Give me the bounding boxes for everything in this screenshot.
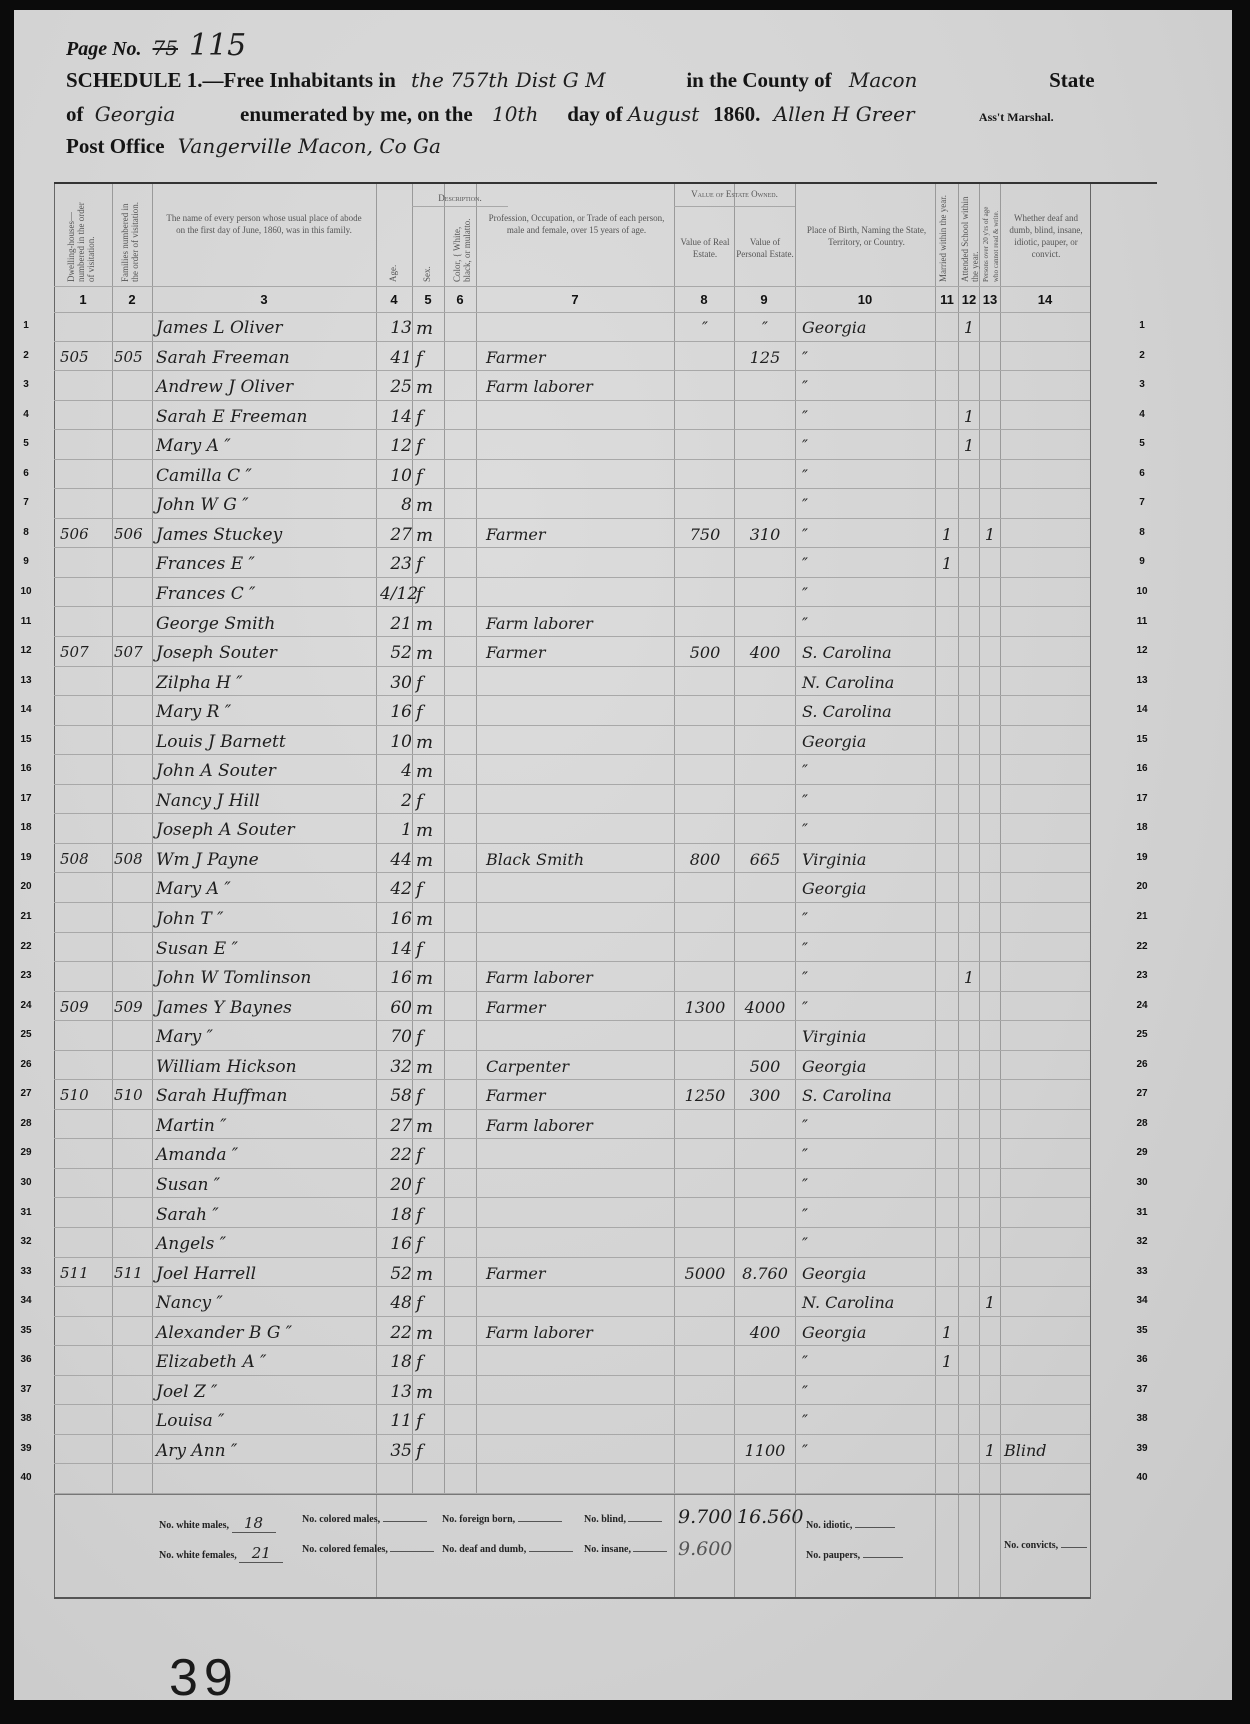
cell-birth: S. Carolina <box>802 643 934 662</box>
cell-name: Sarah E Freeman <box>156 407 376 427</box>
line-number-left: 19 <box>16 852 36 863</box>
cell-dwelling: 508 <box>60 850 110 868</box>
cell-birth: S. Carolina <box>802 1086 934 1105</box>
foreign-born-label: No. foreign born, <box>442 1514 515 1525</box>
line-number-right: 17 <box>1132 793 1152 804</box>
cell-sex: m <box>416 850 444 871</box>
cell-age: 16 <box>380 1234 412 1254</box>
marshal-name: Allen H Greer <box>774 102 974 126</box>
cell-sex: m <box>416 968 444 989</box>
total-real-estate-alt: 9.600 <box>678 1538 732 1560</box>
cell-birth: ″ <box>802 554 934 573</box>
cell-name: Zilpha H ″ <box>156 673 376 693</box>
estate-group-header: Value of Estate Owned. <box>674 188 795 200</box>
cell-age: 4 <box>380 761 412 781</box>
table-row: 2424509509James Y Baynes60mFarmer1300400… <box>54 992 1157 1023</box>
state-label: State <box>1049 68 1095 92</box>
cell-birth: Georgia <box>802 879 934 898</box>
blind-label: No. blind, <box>584 1514 626 1525</box>
paupers-label: No. paupers, <box>806 1550 860 1561</box>
line-number-right: 11 <box>1132 616 1152 627</box>
foreign-born-summary: No. foreign born, <box>442 1514 562 1525</box>
cell-name: Mary ″ <box>156 1027 376 1047</box>
cell-name: Mary R ″ <box>156 702 376 722</box>
line-number-right: 25 <box>1132 1029 1152 1040</box>
cell-age: 16 <box>380 909 412 929</box>
line-number-left: 37 <box>16 1384 36 1395</box>
table-row: 2525Mary ″70fVirginia <box>54 1021 1157 1052</box>
line-number-right: 7 <box>1132 497 1152 508</box>
table-row: 4040 <box>54 1464 1157 1495</box>
cell-sex: f <box>416 1293 444 1314</box>
col-num-1: 1 <box>68 292 98 307</box>
col14-header: Whether deaf and dumb, blind, insane, id… <box>1004 212 1088 260</box>
district-value: the 757th Dist G M <box>411 68 651 92</box>
cell-real: 5000 <box>676 1264 734 1283</box>
cell-age: 22 <box>380 1323 412 1343</box>
frame-stamp: 39 <box>169 1648 239 1708</box>
line-number-right: 37 <box>1132 1384 1152 1395</box>
table-row: 3434Nancy ″48fN. Carolina1 <box>54 1287 1157 1318</box>
col-num-4: 4 <box>379 292 409 307</box>
col-num-9: 9 <box>749 292 779 307</box>
cell-age: 13 <box>380 1382 412 1402</box>
cell-age: 12 <box>380 436 412 456</box>
line-number-right: 22 <box>1132 941 1152 952</box>
cell-name: Andrew J Oliver <box>156 377 376 397</box>
cell-age: 10 <box>380 466 412 486</box>
cell-sex: f <box>416 1027 444 1048</box>
county-label: in the County of <box>686 68 831 92</box>
cell-birth: ″ <box>802 407 934 426</box>
cell-birth: Georgia <box>802 1323 934 1342</box>
cell-married: 1 <box>936 1323 958 1342</box>
col-num-7: 7 <box>560 292 590 307</box>
line-number-left: 12 <box>16 645 36 656</box>
insane-value <box>633 1551 667 1552</box>
foreign-born-value <box>518 1521 562 1522</box>
col-num-2: 2 <box>117 292 147 307</box>
col-num-6: 6 <box>445 292 475 307</box>
cell-dwelling: 510 <box>60 1086 110 1104</box>
line-number-right: 14 <box>1132 704 1152 715</box>
cell-sex: f <box>416 939 444 960</box>
idiotic-label: No. idiotic, <box>806 1520 852 1531</box>
line-number-left: 39 <box>16 1443 36 1454</box>
cell-age: 25 <box>380 377 412 397</box>
cell-age: 13 <box>380 318 412 338</box>
cell-dwelling: 511 <box>60 1264 110 1282</box>
cell-birth: N. Carolina <box>802 1293 934 1312</box>
cell-birth: ″ <box>802 998 934 1017</box>
line-number-right: 29 <box>1132 1147 1152 1158</box>
cell-sex: f <box>416 1145 444 1166</box>
county-value: Macon <box>849 68 1024 92</box>
table-row: 3030Susan ″20f″ <box>54 1169 1157 1200</box>
col-num-14: 14 <box>1030 292 1060 307</box>
line-number-right: 28 <box>1132 1118 1152 1129</box>
cell-name: Susan ″ <box>156 1175 376 1195</box>
cell-birth: ″ <box>802 1234 934 1253</box>
line-number-left: 30 <box>16 1177 36 1188</box>
cell-name: Joseph A Souter <box>156 820 376 840</box>
cell-sex: m <box>416 1323 444 1344</box>
cell-dwelling: 507 <box>60 643 110 661</box>
table-row: 1010Frances C ″4/12f″ <box>54 578 1157 609</box>
line-number-left: 24 <box>16 1000 36 1011</box>
cell-dwelling: 509 <box>60 998 110 1016</box>
cell-name: George Smith <box>156 614 376 634</box>
convicts-label: No. convicts, <box>1004 1540 1058 1551</box>
line-number-right: 5 <box>1132 438 1152 449</box>
cell-birth: ″ <box>802 377 934 396</box>
table-row: 2626William Hickson32mCarpenter500Georgi… <box>54 1051 1157 1082</box>
line-number-right: 10 <box>1132 586 1152 597</box>
white-males-label: No. white males, <box>159 1520 229 1531</box>
cell-age: 8 <box>380 495 412 515</box>
line-number-right: 13 <box>1132 675 1152 686</box>
cell-birth: Georgia <box>802 1057 934 1076</box>
line-number-left: 33 <box>16 1266 36 1277</box>
cell-name: Frances E ″ <box>156 554 376 574</box>
line-number-right: 9 <box>1132 556 1152 567</box>
line-number-left: 16 <box>16 763 36 774</box>
line-number-left: 36 <box>16 1354 36 1365</box>
col5-header: Sex. <box>422 254 432 282</box>
line-number-left: 32 <box>16 1236 36 1247</box>
cell-age: 70 <box>380 1027 412 1047</box>
line-number-right: 3 <box>1132 379 1152 390</box>
day-of-label: day of <box>567 102 622 126</box>
col3-header: The name of every person whose usual pla… <box>164 212 364 236</box>
cell-birth: ″ <box>802 584 934 603</box>
col11-header: Married within the year. <box>938 194 956 282</box>
cell-age: 35 <box>380 1441 412 1461</box>
cell-school: 1 <box>959 318 979 337</box>
cell-family: 506 <box>114 525 150 543</box>
table-row: 3636Elizabeth A ″18f″1 <box>54 1346 1157 1377</box>
cell-age: 27 <box>380 1116 412 1136</box>
line-number-left: 26 <box>16 1059 36 1070</box>
cell-real: 1250 <box>676 1086 734 1105</box>
cell-name: Sarah Huffman <box>156 1086 376 1106</box>
cell-sex: f <box>416 466 444 487</box>
cell-age: 14 <box>380 407 412 427</box>
cell-age: 30 <box>380 673 412 693</box>
cell-sex: f <box>416 1205 444 1226</box>
colored-females-value <box>390 1551 434 1552</box>
line-number-left: 10 <box>16 586 36 597</box>
cell-personal: ″ <box>736 318 794 337</box>
deaf-dumb-value <box>529 1551 573 1552</box>
cell-name: James Y Baynes <box>156 998 376 1018</box>
col13-header: Persons over 20 y'rs of age who cannot r… <box>981 194 999 282</box>
cell-sex: f <box>416 407 444 428</box>
line-number-left: 28 <box>16 1118 36 1129</box>
line-number-right: 34 <box>1132 1295 1152 1306</box>
schedule-title-line: SCHEDULE 1.—Free Inhabitants in the 757t… <box>66 68 1095 93</box>
cell-occupation: Farmer <box>486 1086 672 1105</box>
cell-name: Joseph Souter <box>156 643 376 663</box>
cell-sex: f <box>416 436 444 457</box>
census-table: Description. Value of Estate Owned. Dwel… <box>54 182 1157 1599</box>
cell-occupation: Farmer <box>486 525 672 544</box>
cell-name: Angels ″ <box>156 1234 376 1254</box>
page-number-label: Page No. <box>66 38 142 60</box>
cell-sex: f <box>416 1352 444 1373</box>
cell-sex: m <box>416 1382 444 1403</box>
cell-personal: 665 <box>736 850 794 869</box>
cell-dwelling: 506 <box>60 525 110 543</box>
schedule-title: SCHEDULE 1.—Free Inhabitants in <box>66 68 396 92</box>
line-number-left: 27 <box>16 1088 36 1099</box>
line-number-left: 17 <box>16 793 36 804</box>
colored-males-label: No. colored males, <box>302 1514 380 1525</box>
cell-age: 2 <box>380 791 412 811</box>
cell-married: 1 <box>936 1352 958 1371</box>
cell-birth: ″ <box>802 761 934 780</box>
cell-family: 510 <box>114 1086 150 1104</box>
cell-age: 41 <box>380 348 412 368</box>
table-row: 33Andrew J Oliver25mFarm laborer″ <box>54 371 1157 402</box>
line-number-right: 4 <box>1132 409 1152 420</box>
colored-females-summary: No. colored females, <box>302 1544 434 1555</box>
cell-illiterate: 1 <box>980 525 1000 544</box>
line-number-left: 29 <box>16 1147 36 1158</box>
cell-sex: f <box>416 584 444 605</box>
total-personal-estate: 16.560 <box>737 1506 803 1528</box>
cell-birth: Georgia <box>802 318 934 337</box>
line-number-left: 2 <box>16 350 36 361</box>
line-number-left: 35 <box>16 1325 36 1336</box>
cell-sex: m <box>416 495 444 516</box>
month-value: August <box>628 102 708 126</box>
col-num-8: 8 <box>689 292 719 307</box>
cell-married: 1 <box>936 525 958 544</box>
table-row: 2929Amanda ″22f″ <box>54 1139 1157 1170</box>
table-row: 3333511511Joel Harrell52mFarmer50008.760… <box>54 1258 1157 1289</box>
enumeration-line: of Georgia enumerated by me, on the 10th… <box>66 102 1054 127</box>
line-number-right: 12 <box>1132 645 1152 656</box>
cell-name: John A Souter <box>156 761 376 781</box>
cell-sex: f <box>416 1086 444 1107</box>
line-number-left: 5 <box>16 438 36 449</box>
cell-sex: f <box>416 673 444 694</box>
cell-birth: ″ <box>802 466 934 485</box>
cell-name: Martin ″ <box>156 1116 376 1136</box>
cell-sex: f <box>416 879 444 900</box>
table-row: 1616John A Souter4m″ <box>54 755 1157 786</box>
cell-real: ″ <box>676 318 734 337</box>
idiotic-summary: No. idiotic, <box>806 1520 895 1531</box>
insane-label: No. insane, <box>584 1544 631 1555</box>
cell-age: 18 <box>380 1352 412 1372</box>
cell-name: Ary Ann ″ <box>156 1441 376 1461</box>
line-number-left: 22 <box>16 941 36 952</box>
cell-name: Elizabeth A ″ <box>156 1352 376 1372</box>
cell-occupation: Black Smith <box>486 850 672 869</box>
cell-sex: m <box>416 377 444 398</box>
line-number-left: 14 <box>16 704 36 715</box>
line-number-right: 27 <box>1132 1088 1152 1099</box>
line-number-right: 18 <box>1132 822 1152 833</box>
col9-header: Value of Personal Estate. <box>736 236 794 260</box>
cell-age: 20 <box>380 1175 412 1195</box>
cell-name: Wm J Payne <box>156 850 376 870</box>
cell-age: 18 <box>380 1205 412 1225</box>
line-number-left: 38 <box>16 1413 36 1424</box>
cell-birth: ″ <box>802 820 934 839</box>
of-label: of <box>66 102 84 126</box>
col7-header: Profession, Occupation, or Trade of each… <box>484 212 669 236</box>
cell-sex: f <box>416 702 444 723</box>
cell-age: 10 <box>380 732 412 752</box>
table-row: 1818Joseph A Souter1m″ <box>54 814 1157 845</box>
cell-birth: ″ <box>802 968 934 987</box>
cell-name: Camilla C ″ <box>156 466 376 486</box>
cell-birth: ″ <box>802 1145 934 1164</box>
cell-name: John W G ″ <box>156 495 376 515</box>
table-row: 3737Joel Z ″13m″ <box>54 1376 1157 1407</box>
cell-personal: 4000 <box>736 998 794 1017</box>
cell-age: 21 <box>380 614 412 634</box>
cell-birth: ″ <box>802 939 934 958</box>
line-number-right: 2 <box>1132 350 1152 361</box>
cell-name: John T ″ <box>156 909 376 929</box>
cell-name: John W Tomlinson <box>156 968 376 988</box>
cell-condition: Blind <box>1004 1441 1088 1460</box>
cell-birth: ″ <box>802 1382 934 1401</box>
cell-sex: f <box>416 1411 444 1432</box>
cell-occupation: Farmer <box>486 643 672 662</box>
line-number-right: 26 <box>1132 1059 1152 1070</box>
cell-birth: ″ <box>802 791 934 810</box>
cell-name: Susan E ″ <box>156 939 376 959</box>
table-row: 77John W G ″8m″ <box>54 489 1157 520</box>
white-females-label: No. white females, <box>159 1550 237 1561</box>
col6-header: Color, { White, black, or mulatto. <box>452 214 474 282</box>
line-number-left: 20 <box>16 881 36 892</box>
line-number-left: 6 <box>16 468 36 479</box>
line-number-right: 1 <box>1132 320 1152 331</box>
cell-name: Louis J Barnett <box>156 732 376 752</box>
cell-real: 750 <box>676 525 734 544</box>
cell-personal: 400 <box>736 643 794 662</box>
cell-married: 1 <box>936 554 958 573</box>
line-number-left: 3 <box>16 379 36 390</box>
line-number-right: 40 <box>1132 1472 1152 1483</box>
cell-birth: ″ <box>802 525 934 544</box>
cell-name: Sarah Freeman <box>156 348 376 368</box>
cell-sex: m <box>416 761 444 782</box>
paupers-summary: No. paupers, <box>806 1550 903 1561</box>
deaf-dumb-summary: No. deaf and dumb, <box>442 1544 573 1555</box>
col12-header: Attended School within the year. <box>960 194 978 282</box>
cell-age: 22 <box>380 1145 412 1165</box>
cell-illiterate: 1 <box>980 1441 1000 1460</box>
cell-age: 52 <box>380 1264 412 1284</box>
year-value: 1860. <box>713 102 760 126</box>
cell-birth: S. Carolina <box>802 702 934 721</box>
cell-name: Amanda ″ <box>156 1145 376 1165</box>
line-number-left: 18 <box>16 822 36 833</box>
cell-personal: 8.760 <box>736 1264 794 1283</box>
colored-females-label: No. colored females, <box>302 1544 388 1555</box>
col-num-10: 10 <box>850 292 880 307</box>
struck-page-number: 75 <box>153 36 178 60</box>
insane-summary: No. insane, <box>584 1544 667 1555</box>
cell-age: 23 <box>380 554 412 574</box>
cell-age: 58 <box>380 1086 412 1106</box>
cell-age: 32 <box>380 1057 412 1077</box>
cell-family: 508 <box>114 850 150 868</box>
cell-name: Mary A ″ <box>156 879 376 899</box>
cell-family: 507 <box>114 643 150 661</box>
colored-males-value <box>383 1521 427 1522</box>
cell-sex: m <box>416 1057 444 1078</box>
cell-birth: ″ <box>802 1411 934 1430</box>
table-row: 1212507507Joseph Souter52mFarmer500400S.… <box>54 637 1157 668</box>
cell-birth: Virginia <box>802 1027 934 1046</box>
table-row: 3131Sarah ″18f″ <box>54 1199 1157 1230</box>
line-number-right: 33 <box>1132 1266 1152 1277</box>
blind-value <box>628 1521 662 1522</box>
cell-age: 11 <box>380 1411 412 1431</box>
table-row: 3838Louisa ″11f″ <box>54 1405 1157 1436</box>
cell-sex: f <box>416 791 444 812</box>
table-row: 1111George Smith21mFarm laborer″ <box>54 608 1157 639</box>
cell-occupation: Farm laborer <box>486 1116 672 1135</box>
post-office-value: Vangerville Macon, Co Ga <box>178 134 441 158</box>
cell-age: 52 <box>380 643 412 663</box>
deaf-dumb-label: No. deaf and dumb, <box>442 1544 526 1555</box>
cell-occupation: Farm laborer <box>486 614 672 633</box>
cell-age: 44 <box>380 850 412 870</box>
cell-age: 16 <box>380 968 412 988</box>
cell-sex: f <box>416 1234 444 1255</box>
line-number-left: 9 <box>16 556 36 567</box>
cell-name: James L Oliver <box>156 318 376 338</box>
cell-personal: 400 <box>736 1323 794 1342</box>
white-females-summary: No. white females, 21 <box>159 1544 283 1563</box>
cell-name: Joel Harrell <box>156 1264 376 1284</box>
cell-age: 27 <box>380 525 412 545</box>
cell-birth: ″ <box>802 1205 934 1224</box>
cell-sex: m <box>416 643 444 664</box>
line-number-left: 21 <box>16 911 36 922</box>
cell-age: 1 <box>380 820 412 840</box>
paupers-value <box>863 1557 903 1558</box>
cell-occupation: Carpenter <box>486 1057 672 1076</box>
line-number-left: 23 <box>16 970 36 981</box>
idiotic-value <box>855 1527 895 1528</box>
white-females-value: 21 <box>239 1544 283 1563</box>
line-number-left: 40 <box>16 1472 36 1483</box>
cell-sex: m <box>416 820 444 841</box>
cell-sex: f <box>416 348 444 369</box>
cell-sex: m <box>416 732 444 753</box>
line-number-right: 38 <box>1132 1413 1152 1424</box>
table-row: 55Mary A ″12f″1 <box>54 430 1157 461</box>
line-number-right: 32 <box>1132 1236 1152 1247</box>
cell-occupation: Farm laborer <box>486 968 672 987</box>
col-num-13: 13 <box>975 292 1005 307</box>
cell-school: 1 <box>959 968 979 987</box>
cell-real: 500 <box>676 643 734 662</box>
line-number-right: 20 <box>1132 881 1152 892</box>
cell-name: Frances C ″ <box>156 584 376 604</box>
table-row: 66Camilla C ″10f″ <box>54 460 1157 491</box>
